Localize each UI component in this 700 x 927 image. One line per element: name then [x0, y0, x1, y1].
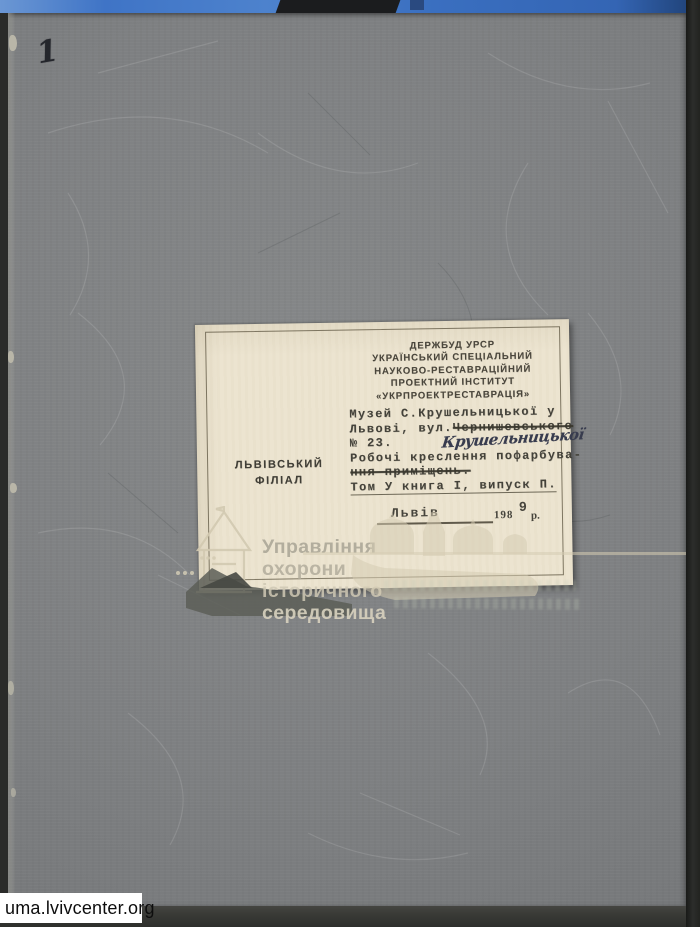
date-city: Львів: [391, 505, 440, 521]
institution-header: ДЕРЖБУД УРСР УКРАЇНСЬКИЙ СПЕЦІАЛЬНИЙ НАУ…: [345, 338, 560, 403]
worn-edge: [8, 13, 16, 907]
date-row: Львів 198 9 р.: [351, 503, 571, 536]
edge-chip: [8, 681, 14, 695]
scanned-folder-cover: 1 ЛЬВІВСЬКИЙ ФІЛІАЛ ДЕРЖБУД УРСР УКРАЇНС…: [0, 0, 700, 927]
illegible-watermark-text: [384, 580, 576, 591]
edge-chip: [9, 35, 17, 51]
branch-line-2: ФІЛІАЛ: [215, 472, 343, 490]
date-rule-line: [377, 521, 493, 524]
source-watermark-box: uma.lvivcenter.org: [0, 893, 142, 923]
scan-top-blue-edge: [0, 0, 700, 13]
edge-chip: [10, 483, 17, 493]
date-suffix: р.: [531, 510, 540, 522]
illegible-watermark-text: [394, 597, 580, 610]
handwritten-page-number: 1: [34, 30, 82, 84]
typewritten-title-block: Музей С.Крушельницької у Львові, вул.Чер…: [349, 404, 578, 496]
scan-right-edge: [686, 0, 700, 927]
typed-line-2-prefix: Львові, вул.: [349, 421, 452, 437]
source-url-text: uma.lvivcenter.org: [5, 898, 155, 919]
watermark-dots: [176, 571, 198, 575]
date-year-typed-digit: 9: [519, 501, 527, 516]
struck-phrase: ння приміщень.: [350, 464, 471, 480]
branch-name: ЛЬВІВСЬКИЙ ФІЛІАЛ: [215, 456, 343, 490]
binder-clip-shadow-small: [410, 0, 424, 10]
edge-chip: [8, 351, 14, 363]
binder-clip-shadow: [276, 0, 401, 13]
archival-title-label: ЛЬВІВСЬКИЙ ФІЛІАЛ ДЕРЖБУД УРСР УКРАЇНСЬК…: [195, 319, 573, 591]
date-year-printed: 198: [494, 509, 514, 521]
edge-chip: [11, 788, 16, 797]
